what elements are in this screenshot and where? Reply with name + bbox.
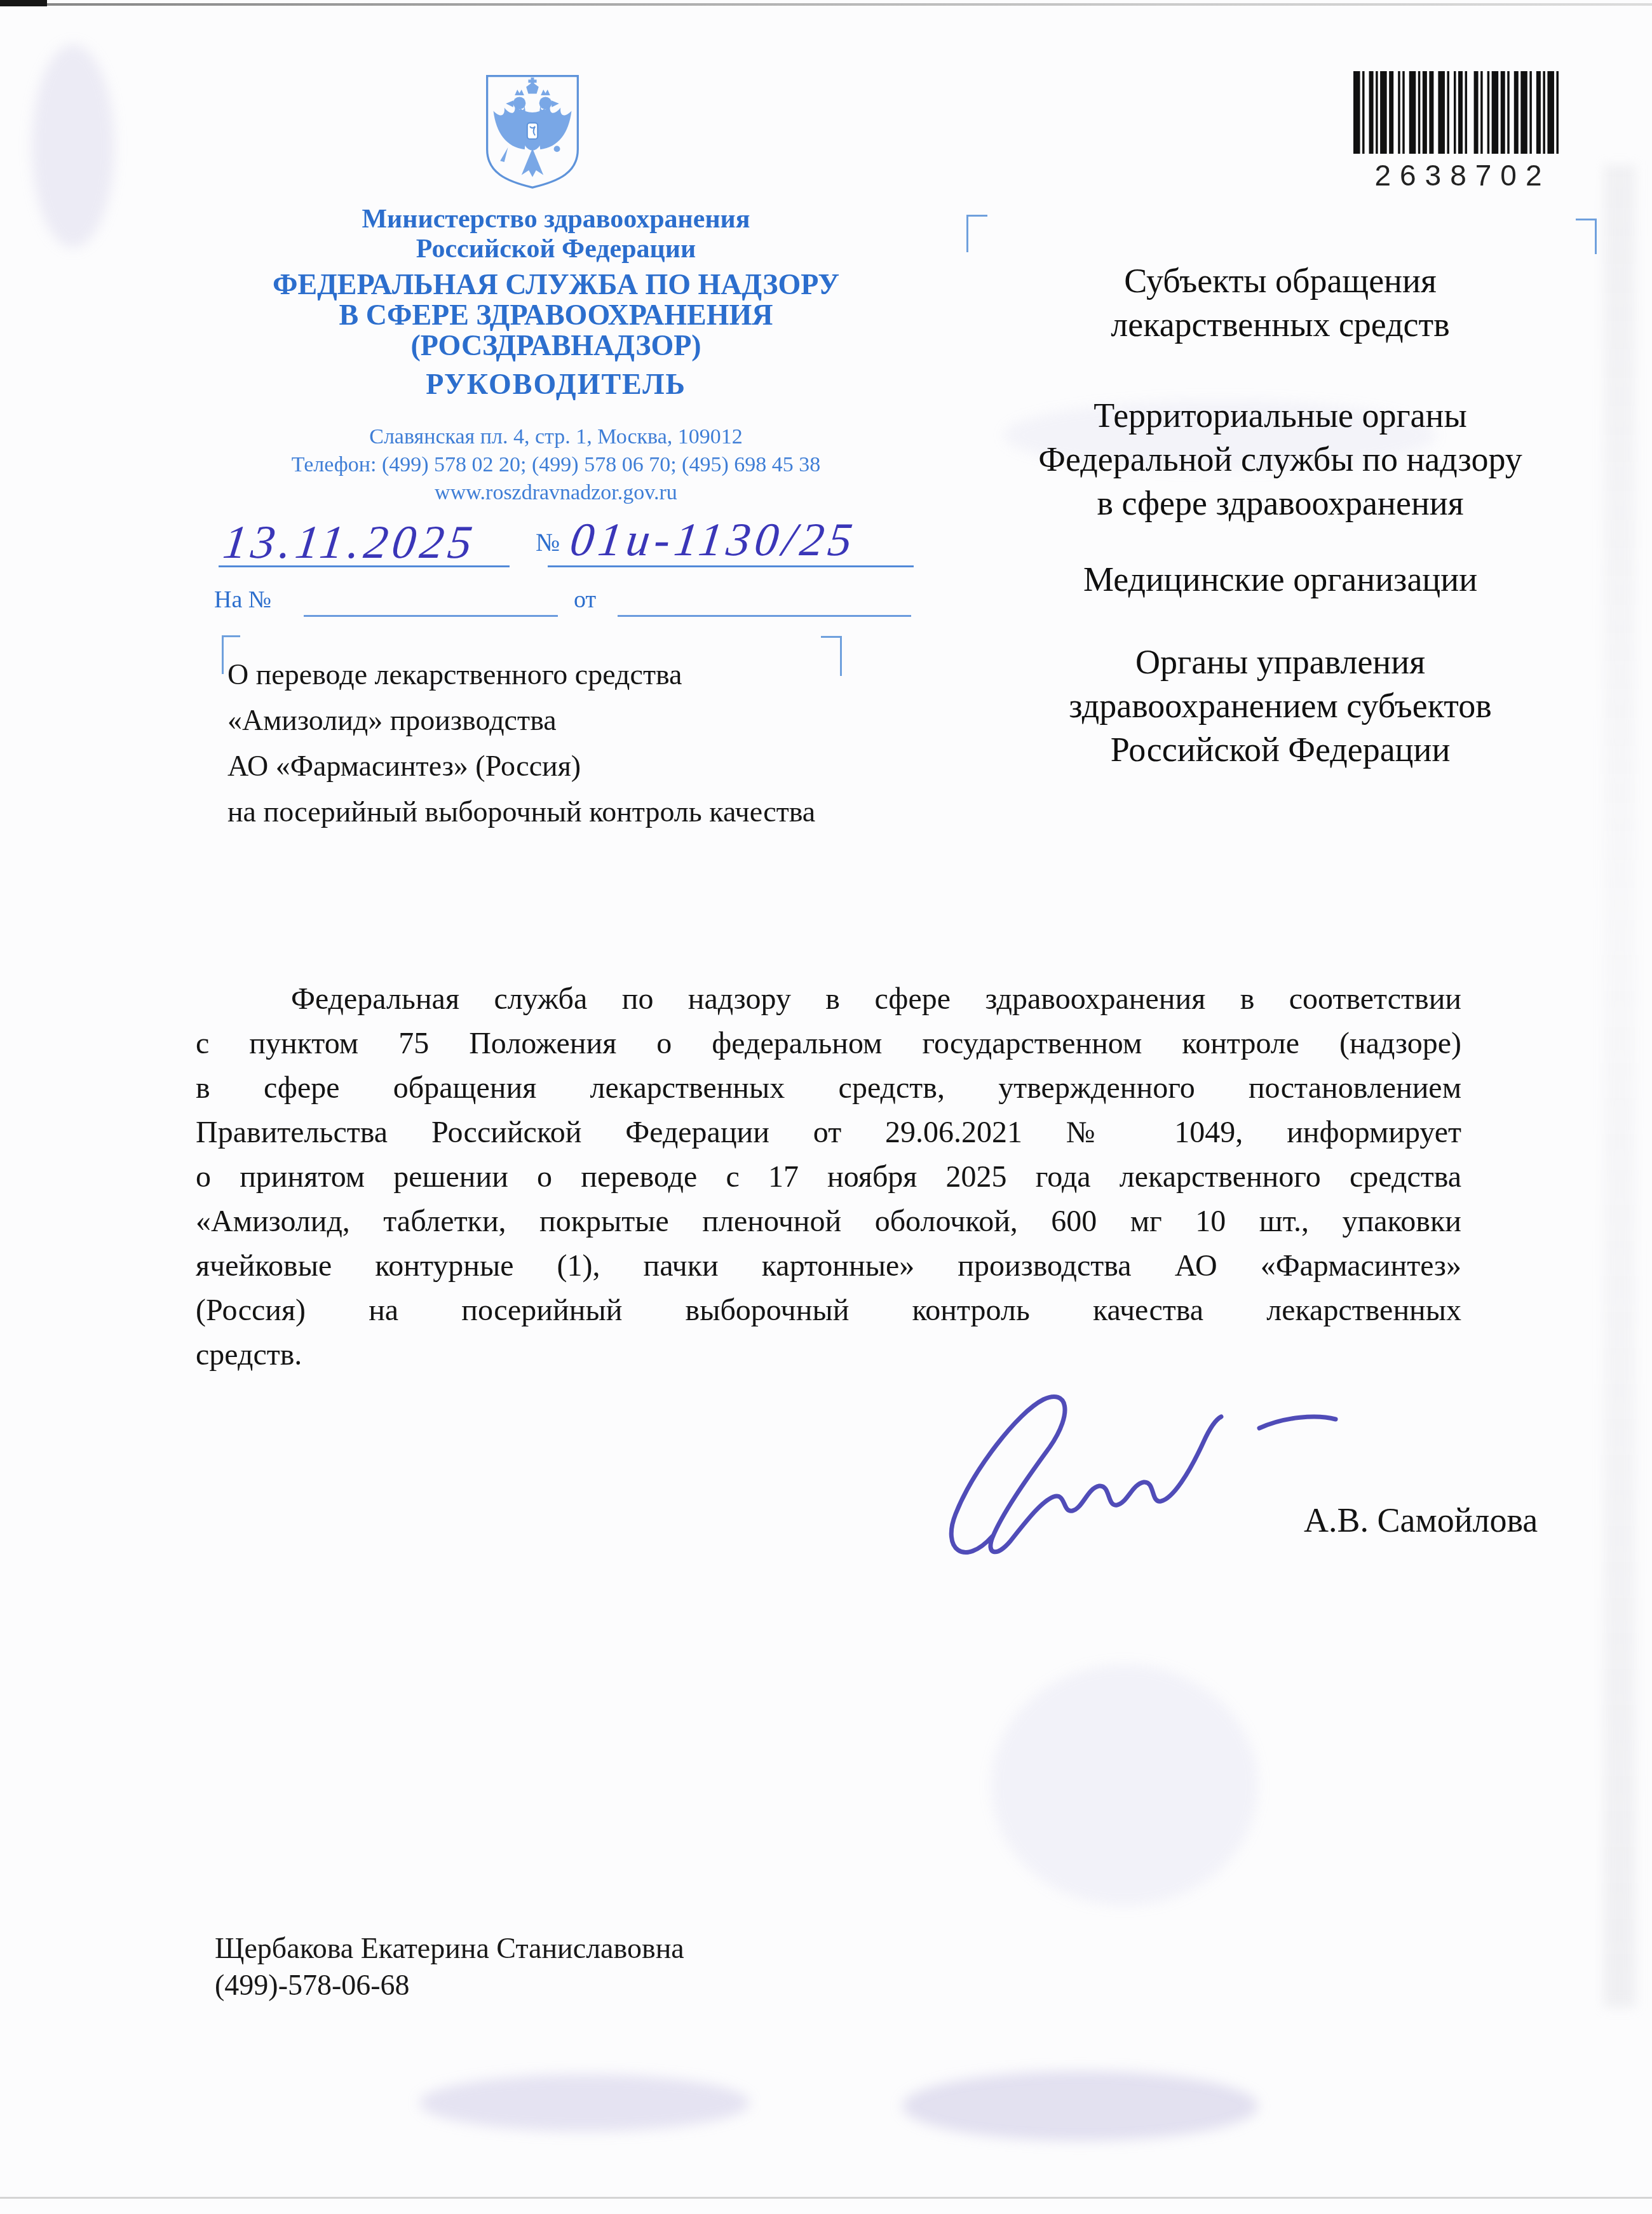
letterhead-address: Славянская пл. 4, стр. 1, Москва, 109012 [191,423,921,451]
number-sign-label: № [536,527,560,557]
ministry-title: Министерство здравоохранения Российской … [191,205,921,264]
executor-block: Щербакова Екатерина Станиславовна (499)-… [215,1930,684,2004]
addressee-block: Субъекты обращения лекарственных средств [972,259,1588,347]
scan-corner-mark [0,0,47,6]
addressee-block: Медицинские организации [972,558,1588,602]
scan-bottom-edge-line [0,2197,1652,2199]
body-line: средств. [196,1333,1461,1377]
addressee-line: лекарственных средств [972,303,1588,347]
ministry-line: Министерство здравоохранения [191,205,921,234]
addressee-corner-left [966,215,987,252]
body-line: Правительства Российской Федерации от 29… [196,1110,1461,1155]
body-line: «Амизолид, таблетки, покрытые пленочной … [196,1199,1461,1244]
letterhead-phone: Телефон: (499) 578 02 20; (499) 578 06 7… [191,451,921,479]
barcode-block: 2638702 [1352,71,1564,192]
addressee-line: в сфере здравоохранения [972,482,1588,525]
body-line: ячейковые контурные (1), пачки картонные… [196,1244,1461,1288]
scanned-letter-page: 2638702 Министерство здравоохранения Рос… [0,0,1652,2214]
addressee-line: Органы управления [972,640,1588,684]
addressee-line: Федеральной службы по надзору [972,438,1588,482]
number-underline [548,565,914,567]
body-line: о принятом решении о переводе с 17 ноябр… [196,1155,1461,1199]
scan-top-edge-line [0,3,1652,6]
reply-from-underline [618,615,911,617]
subject-block: О переводе лекарственного средства «Амиз… [227,652,888,835]
addressee-corner-right [1576,219,1597,254]
service-line: В СФЕРЕ ЗДРАВООХРАНЕНИЯ [191,300,921,330]
addressee-line: здравоохранением субъектов [972,684,1588,728]
addressee-block: Территориальные органы Федеральной служб… [972,394,1588,525]
position-title: РУКОВОДИТЕЛЬ [191,367,921,401]
scan-smudge [32,44,114,248]
signatory-name: А.В. Самойлова [1304,1501,1538,1540]
scan-right-streak [1604,165,1635,2008]
barcode-number: 2638702 [1352,158,1564,192]
handwritten-number: 01и-1130/25 [567,513,860,567]
addressee-line: Территориальные органы [972,394,1588,438]
subject-line: О переводе лекарственного средства [227,652,888,698]
handwritten-date: 13.11.2025 [220,516,480,570]
addressee-line: Субъекты обращения [972,259,1588,303]
date-underline [219,565,510,567]
addressee-line: Российской Федерации [972,728,1588,772]
handwritten-signature-icon [929,1377,1386,1587]
subject-line: на посерийный выборочный контроль качест… [227,789,888,835]
addressee-line: Медицинские организации [972,558,1588,602]
subject-line: АО «Фармасинтез» (Россия) [227,743,888,789]
reply-from-label: от [574,586,596,614]
service-line: ФЕДЕРАЛЬНАЯ СЛУЖБА ПО НАДЗОРУ [191,269,921,300]
barcode-icon [1353,71,1563,154]
scan-bleedthrough [419,2074,750,2131]
reply-number-underline [304,615,558,617]
letterhead-website: www.roszdravnadzor.gov.ru [191,479,921,507]
body-line: (Россия) на посерийный выборочный контро… [196,1288,1461,1333]
scan-bleedthrough [902,2071,1258,2141]
body-paragraph: Федеральная служба по надзору в сфере зд… [196,977,1461,1377]
ministry-line: Российской Федерации [191,234,921,264]
service-line: (РОСЗДРАВНАДЗОР) [191,330,921,361]
letterhead-contact: Славянская пл. 4, стр. 1, Москва, 109012… [191,423,921,507]
body-line: с пунктом 75 Положения о федеральном гос… [196,1022,1461,1066]
service-title: ФЕДЕРАЛЬНАЯ СЛУЖБА ПО НАДЗОРУ В СФЕРЕ ЗД… [191,269,921,361]
reply-number-label: На № [214,586,271,614]
scan-bleedthrough [991,1664,1258,1906]
executor-name: Щербакова Екатерина Станиславовна [215,1930,684,1967]
russia-coat-of-arms-icon [480,71,585,191]
subject-line: «Амизолид» производства [227,698,888,743]
body-line: Федеральная служба по надзору в сфере зд… [196,977,1461,1022]
addressee-block: Органы управления здравоохранением субъе… [972,640,1588,772]
executor-phone: (499)-578-06-68 [215,1967,684,2004]
body-line: в сфере обращения лекарственных средств,… [196,1066,1461,1110]
